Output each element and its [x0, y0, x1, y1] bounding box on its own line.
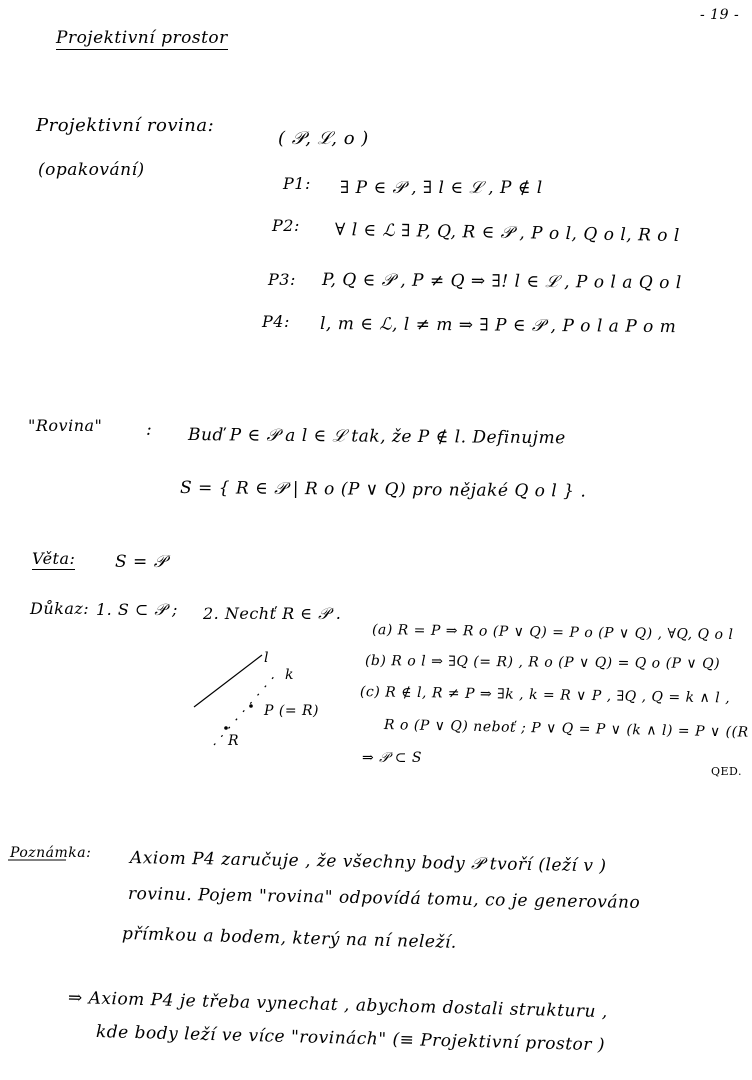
- line-l: [194, 655, 262, 707]
- figure-label-k: k: [285, 668, 294, 682]
- proof-figure: [0, 0, 752, 1080]
- point-p: [249, 704, 253, 708]
- figure-label-r: R: [228, 734, 239, 748]
- figure-label-l: l: [264, 651, 269, 665]
- figure-label-p: P (= R): [264, 704, 319, 718]
- remark-label: Poznámka:: [10, 846, 91, 860]
- point-r: [224, 726, 228, 730]
